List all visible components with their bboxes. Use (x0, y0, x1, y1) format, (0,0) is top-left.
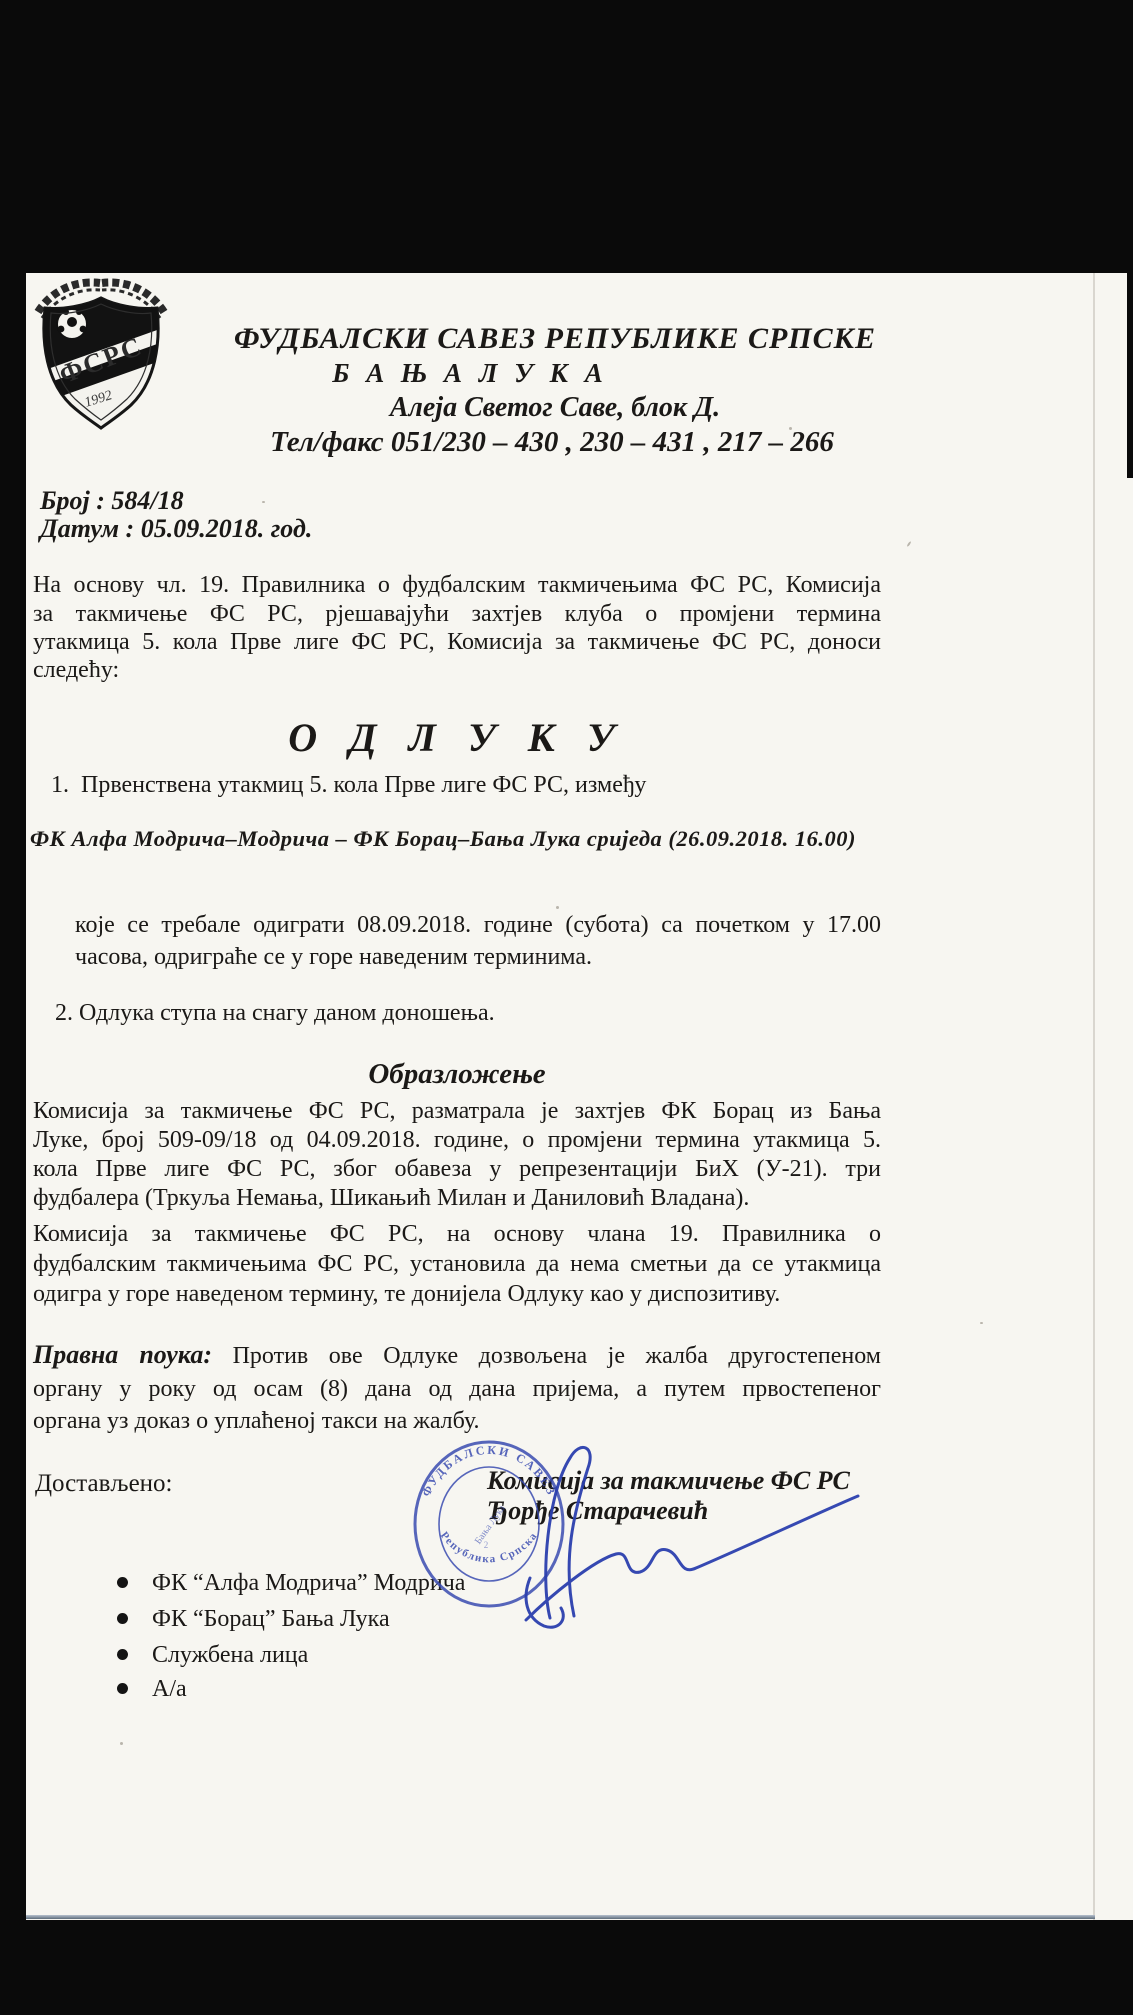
scan-speck (980, 1322, 983, 1324)
doc-number: Број : 584/18 (40, 486, 184, 516)
intro-line: за такмичење ФС РС, рјешавајући захтјев … (33, 599, 881, 629)
decision-item-2: 2. Одлука ступа на снагу даном доношења. (55, 998, 495, 1028)
org-phone-line: Тел/факс 051/230 – 430 , 230 – 431 , 217… (167, 426, 937, 459)
explanation-line: фудбалера (Тркуља Немања, Шикањић Милан … (33, 1183, 881, 1213)
org-name-line: ФУДБАЛСКИ САВЕЗ РЕПУБЛИКЕ СРПСКЕ (180, 322, 930, 356)
page-right-edge (1093, 273, 1095, 1920)
doc-date: Датум : 05.09.2018. год. (40, 514, 312, 544)
recipient-item: А/а (93, 1644, 187, 1734)
scan-speck (906, 541, 911, 547)
scan-speck (556, 906, 559, 909)
intro-line: следећу: (33, 655, 881, 685)
decision-title: О Д Л У К У (33, 714, 881, 761)
match-schedule-line: ФК Алфа Модрича–Модрича – ФК Борац–Бања … (30, 826, 856, 852)
explanation-title: Образложење (33, 1058, 881, 1091)
explanation-line: фудбалским такмичењима ФС РС, установила… (33, 1249, 881, 1279)
svg-text:ФУДБАЛСКИ САВЕЗ: ФУДБАЛСКИ САВЕЗ (419, 1443, 559, 1499)
decision-item-1-cont: које се требале одиграти 08.09.2018. год… (75, 910, 881, 940)
frame-left (0, 0, 26, 2015)
scanned-document: ФСРС 1992 ФУДБАЛСКИ САВЕЗ РЕПУБЛИКЕ СРПС… (0, 0, 1133, 2015)
legal-note-text: Против ове Одлуке дозвољена је жалба дру… (233, 1343, 881, 1369)
explanation-line: Луке, број 509-09/18 од 04.09.2018. годи… (33, 1125, 881, 1155)
explanation-line: Комисија за такмичење ФС РС, разматрала … (33, 1096, 881, 1126)
signature-strokes (526, 1447, 858, 1627)
scan-speck (120, 1742, 123, 1745)
org-address-line: Алеја Светог Саве, блок Д. (190, 392, 920, 424)
explanation-line: одигра у горе наведеном термину, те дони… (33, 1279, 881, 1309)
stamp-inner-text: Бања Лука (473, 1503, 508, 1547)
explanation-line: Комисија за такмичење ФС РС, на основу ч… (33, 1219, 881, 1249)
legal-note-lead: Правна поука: (33, 1340, 212, 1369)
frame-right-sliver (1127, 273, 1133, 478)
intro-line: На основу чл. 19. Правилника о фудбалски… (33, 570, 881, 600)
decision-item-1-cont: часова, одриграће се у горе наведеним те… (75, 942, 881, 972)
legal-note-line: органу у року од осам (8) дана од дана п… (33, 1374, 881, 1404)
scan-speck (262, 501, 265, 503)
round-stamp: ФУДБАЛСКИ САВЕЗ Република Српска Бања Лу… (415, 1442, 563, 1606)
decision-item-1: 1. Првенствена утакмиц 5. кола Прве лиге… (51, 770, 646, 800)
stamp-and-signature: ФУДБАЛСКИ САВЕЗ Република Српска Бања Лу… (398, 1428, 868, 1668)
intro-line: утакмица 5. кола Прве лиге ФС РС, Комиси… (33, 627, 881, 657)
explanation-line: кола Прве лиге ФС РС, због обавеза у реп… (33, 1154, 881, 1184)
page-bottom-edge (26, 1915, 1095, 1919)
bullet-icon (117, 1683, 128, 1694)
fsrs-crest-logo: ФСРС 1992 (28, 272, 174, 434)
frame-top (0, 0, 1133, 273)
legal-note-line: Правна поука: Против ове Одлуке дозвољен… (33, 1340, 881, 1371)
delivered-label: Достављено: (35, 1470, 173, 1498)
frame-bottom (0, 1920, 1133, 2015)
svg-text:2: 2 (484, 1540, 489, 1550)
stamp-arc-top-text: ФУДБАЛСКИ САВЕЗ (419, 1443, 559, 1499)
org-city-line: Б А Њ А Л У К А (130, 358, 810, 389)
